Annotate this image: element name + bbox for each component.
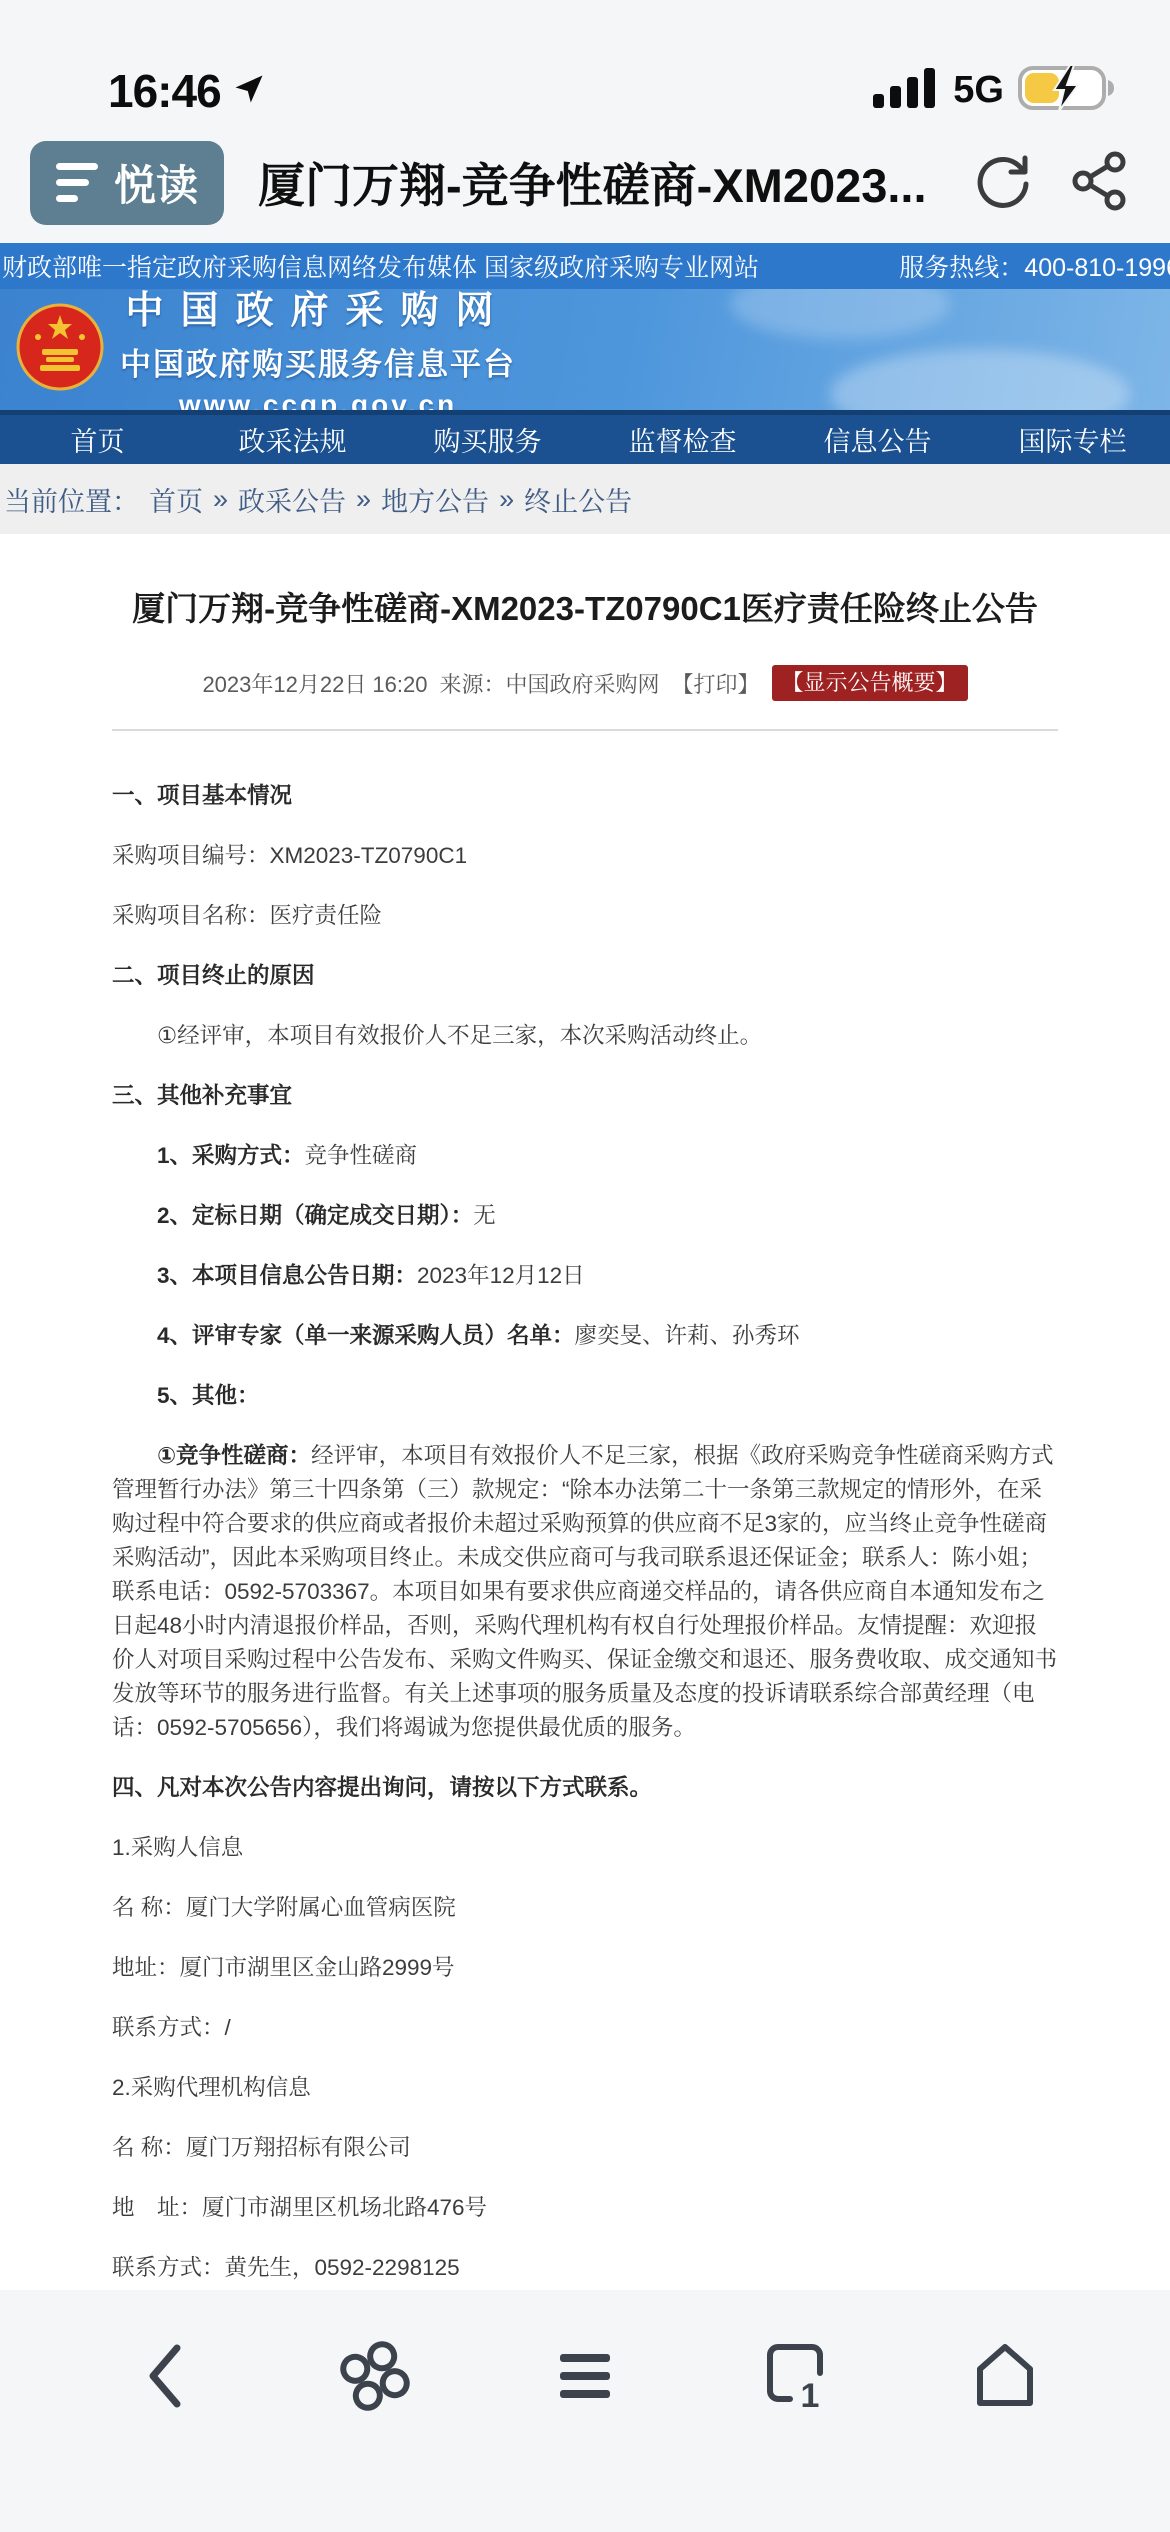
paragraph: 联系方式：黄先生，0592-2298125 <box>112 2251 1058 2285</box>
paragraph: ①竞争性磋商：经评审，本项目有效报价人不足三家，根据《政府采购竞争性磋商采购方式… <box>112 1439 1058 1745</box>
phone-screen: 16:46 5G <box>0 0 1170 2532</box>
site-top-strip: 财政部唯一指定政府采购信息网络发布媒体 国家级政府采购专业网站 服务热线：400… <box>0 243 1170 289</box>
refresh-icon <box>974 150 1036 215</box>
share-icon <box>1070 151 1128 214</box>
paragraph: 地址：厦门市湖里区金山路2999号 <box>112 1951 1058 1985</box>
item-label: 1、采购方式： <box>157 1143 305 1168</box>
nav-item-home[interactable]: 首页 <box>0 420 195 459</box>
item-value: 廖奕旻、许莉、孙秀环 <box>575 1323 800 1348</box>
breadcrumb-separator: » <box>213 484 228 515</box>
status-time: 16:46 <box>108 64 221 118</box>
breadcrumb-label: 当前位置： <box>4 480 139 519</box>
service-hotline: 服务热线：400-810-1996 <box>899 248 1170 284</box>
article-source: 来源：中国政府采购网 <box>440 668 660 699</box>
browser-bottom-toolbar: 1 <box>0 2290 1170 2532</box>
item-value: 2023年12月12日 <box>417 1263 585 1288</box>
cloud-decoration <box>830 349 1130 410</box>
main-nav: 首页 政采法规 购买服务 监督检查 信息公告 国际专栏 <box>0 410 1170 464</box>
site-url: www.ccgp.gov.cn <box>179 389 457 411</box>
article-body: 一、项目基本情况 采购项目编号：XM2023-TZ0790C1 采购项目名称：医… <box>0 731 1170 2290</box>
paragraph: ①经评审，本项目有效报价人不足三家，本次采购活动终止。 <box>112 1019 1058 1053</box>
article-date: 2023年12月22日 16:20 <box>202 668 427 699</box>
nav-item-announcements[interactable]: 信息公告 <box>780 420 975 459</box>
site-subtitle: 中国政府购买服务信息平台 <box>120 339 516 384</box>
apps-button[interactable] <box>330 2332 420 2422</box>
tabs-button[interactable]: 1 <box>750 2332 840 2422</box>
print-link[interactable]: 【打印】 <box>672 668 760 699</box>
paragraph: 3、本项目信息公告日期：2023年12月12日 <box>112 1259 1058 1293</box>
breadcrumb-gov-announcements[interactable]: 政采公告 <box>238 480 346 519</box>
breadcrumb-separator: » <box>499 484 514 515</box>
nav-item-supervision[interactable]: 监督检查 <box>585 420 780 459</box>
section-heading: 三、其他补充事宜 <box>112 1079 1058 1113</box>
refresh-button[interactable] <box>974 150 1036 215</box>
share-button[interactable] <box>1070 151 1128 214</box>
paragraph: 名 称：厦门大学附属心血管病医院 <box>112 1891 1058 1925</box>
reader-lines-icon <box>56 163 98 202</box>
reader-mode-button[interactable]: 悦读 <box>30 141 224 225</box>
paragraph: 名 称：厦门万翔招标有限公司 <box>112 2131 1058 2165</box>
paragraph: 2.采购代理机构信息 <box>112 2071 1058 2105</box>
section-heading: 一、项目基本情况 <box>112 779 1058 813</box>
home-button[interactable] <box>960 2332 1050 2422</box>
paragraph: 1.采购人信息 <box>112 1831 1058 1865</box>
breadcrumb-home[interactable]: 首页 <box>149 480 203 519</box>
tabs-icon: 1 <box>762 2341 828 2414</box>
breadcrumb-termination-announcements[interactable]: 终止公告 <box>524 480 632 519</box>
article-meta: 2023年12月22日 16:20 来源：中国政府采购网 【打印】 【显示公告概… <box>0 665 1170 701</box>
paragraph: 地 址：厦门市湖里区机场北路476号 <box>112 2191 1058 2225</box>
apps-clover-icon <box>338 2339 412 2416</box>
item-value: 无 <box>473 1203 496 1228</box>
location-arrow-icon <box>231 71 267 112</box>
network-type-label: 5G <box>953 69 1004 112</box>
signal-strength-icon <box>873 66 939 115</box>
site-name: 中国政府采购网 <box>125 289 510 334</box>
item-label: 2、定标日期（确定成交日期）： <box>157 1203 473 1228</box>
nav-item-purchase-services[interactable]: 购买服务 <box>390 420 585 459</box>
home-icon <box>972 2341 1038 2414</box>
paragraph: 5、其他： <box>112 1379 1058 1413</box>
address-bar-title[interactable]: 厦门万翔-竞争性磋商-XM2023... <box>258 149 940 216</box>
reader-mode-label: 悦读 <box>114 153 198 213</box>
site-tagline: 财政部唯一指定政府采购信息网络发布媒体 国家级政府采购专业网站 <box>2 248 759 284</box>
item-label: ①竞争性磋商： <box>157 1443 311 1468</box>
item-value: 竞争性磋商 <box>305 1143 418 1168</box>
section-heading: 二、项目终止的原因 <box>112 959 1058 993</box>
section-heading: 四、凡对本次公告内容提出询问，请按以下方式联系。 <box>112 1771 1058 1805</box>
breadcrumb-separator: » <box>356 484 371 515</box>
item-label: 3、本项目信息公告日期： <box>157 1263 417 1288</box>
status-bar: 16:46 5G <box>0 0 1170 130</box>
back-button[interactable] <box>120 2332 210 2422</box>
article-page: 厦门万翔-竞争性磋商-XM2023-TZ0790C1医疗责任险终止公告 2023… <box>0 534 1170 2290</box>
paragraph: 2、定标日期（确定成交日期）：无 <box>112 1199 1058 1233</box>
item-label: 4、评审专家（单一来源采购人员）名单： <box>157 1323 575 1348</box>
item-label: 5、其他： <box>157 1383 260 1408</box>
tab-count: 1 <box>801 2377 820 2411</box>
paragraph: 1、采购方式：竞争性磋商 <box>112 1139 1058 1173</box>
paragraph: 采购项目编号：XM2023-TZ0790C1 <box>112 839 1058 873</box>
browser-toolbar: 悦读 厦门万翔-竞争性磋商-XM2023... <box>0 130 1170 243</box>
article-title: 厦门万翔-竞争性磋商-XM2023-TZ0790C1医疗责任险终止公告 <box>56 588 1114 629</box>
menu-icon <box>554 2348 616 2407</box>
menu-button[interactable] <box>540 2332 630 2422</box>
item-value: 经评审，本项目有效报价人不足三家，根据《政府采购竞争性磋商采购方式管理暂行办法》… <box>112 1443 1057 1740</box>
cloud-decoration <box>730 289 950 339</box>
national-emblem-icon[interactable] <box>16 303 104 396</box>
breadcrumb: 当前位置： 首页 » 政采公告 » 地方公告 » 终止公告 <box>0 464 1170 534</box>
paragraph: 联系方式：/ <box>112 2011 1058 2045</box>
back-icon <box>139 2340 191 2415</box>
paragraph: 采购项目名称：医疗责任险 <box>112 899 1058 933</box>
site-banner: 中国政府采购网 中国政府购买服务信息平台 www.ccgp.gov.cn <box>0 289 1170 410</box>
nav-item-international[interactable]: 国际专栏 <box>975 420 1170 459</box>
battery-charging-icon <box>1018 63 1118 118</box>
nav-item-regulations[interactable]: 政采法规 <box>195 420 390 459</box>
paragraph: 4、评审专家（单一来源采购人员）名单：廖奕旻、许莉、孙秀环 <box>112 1319 1058 1353</box>
show-summary-button[interactable]: 【显示公告概要】 <box>772 665 968 701</box>
breadcrumb-local-announcements[interactable]: 地方公告 <box>381 480 489 519</box>
